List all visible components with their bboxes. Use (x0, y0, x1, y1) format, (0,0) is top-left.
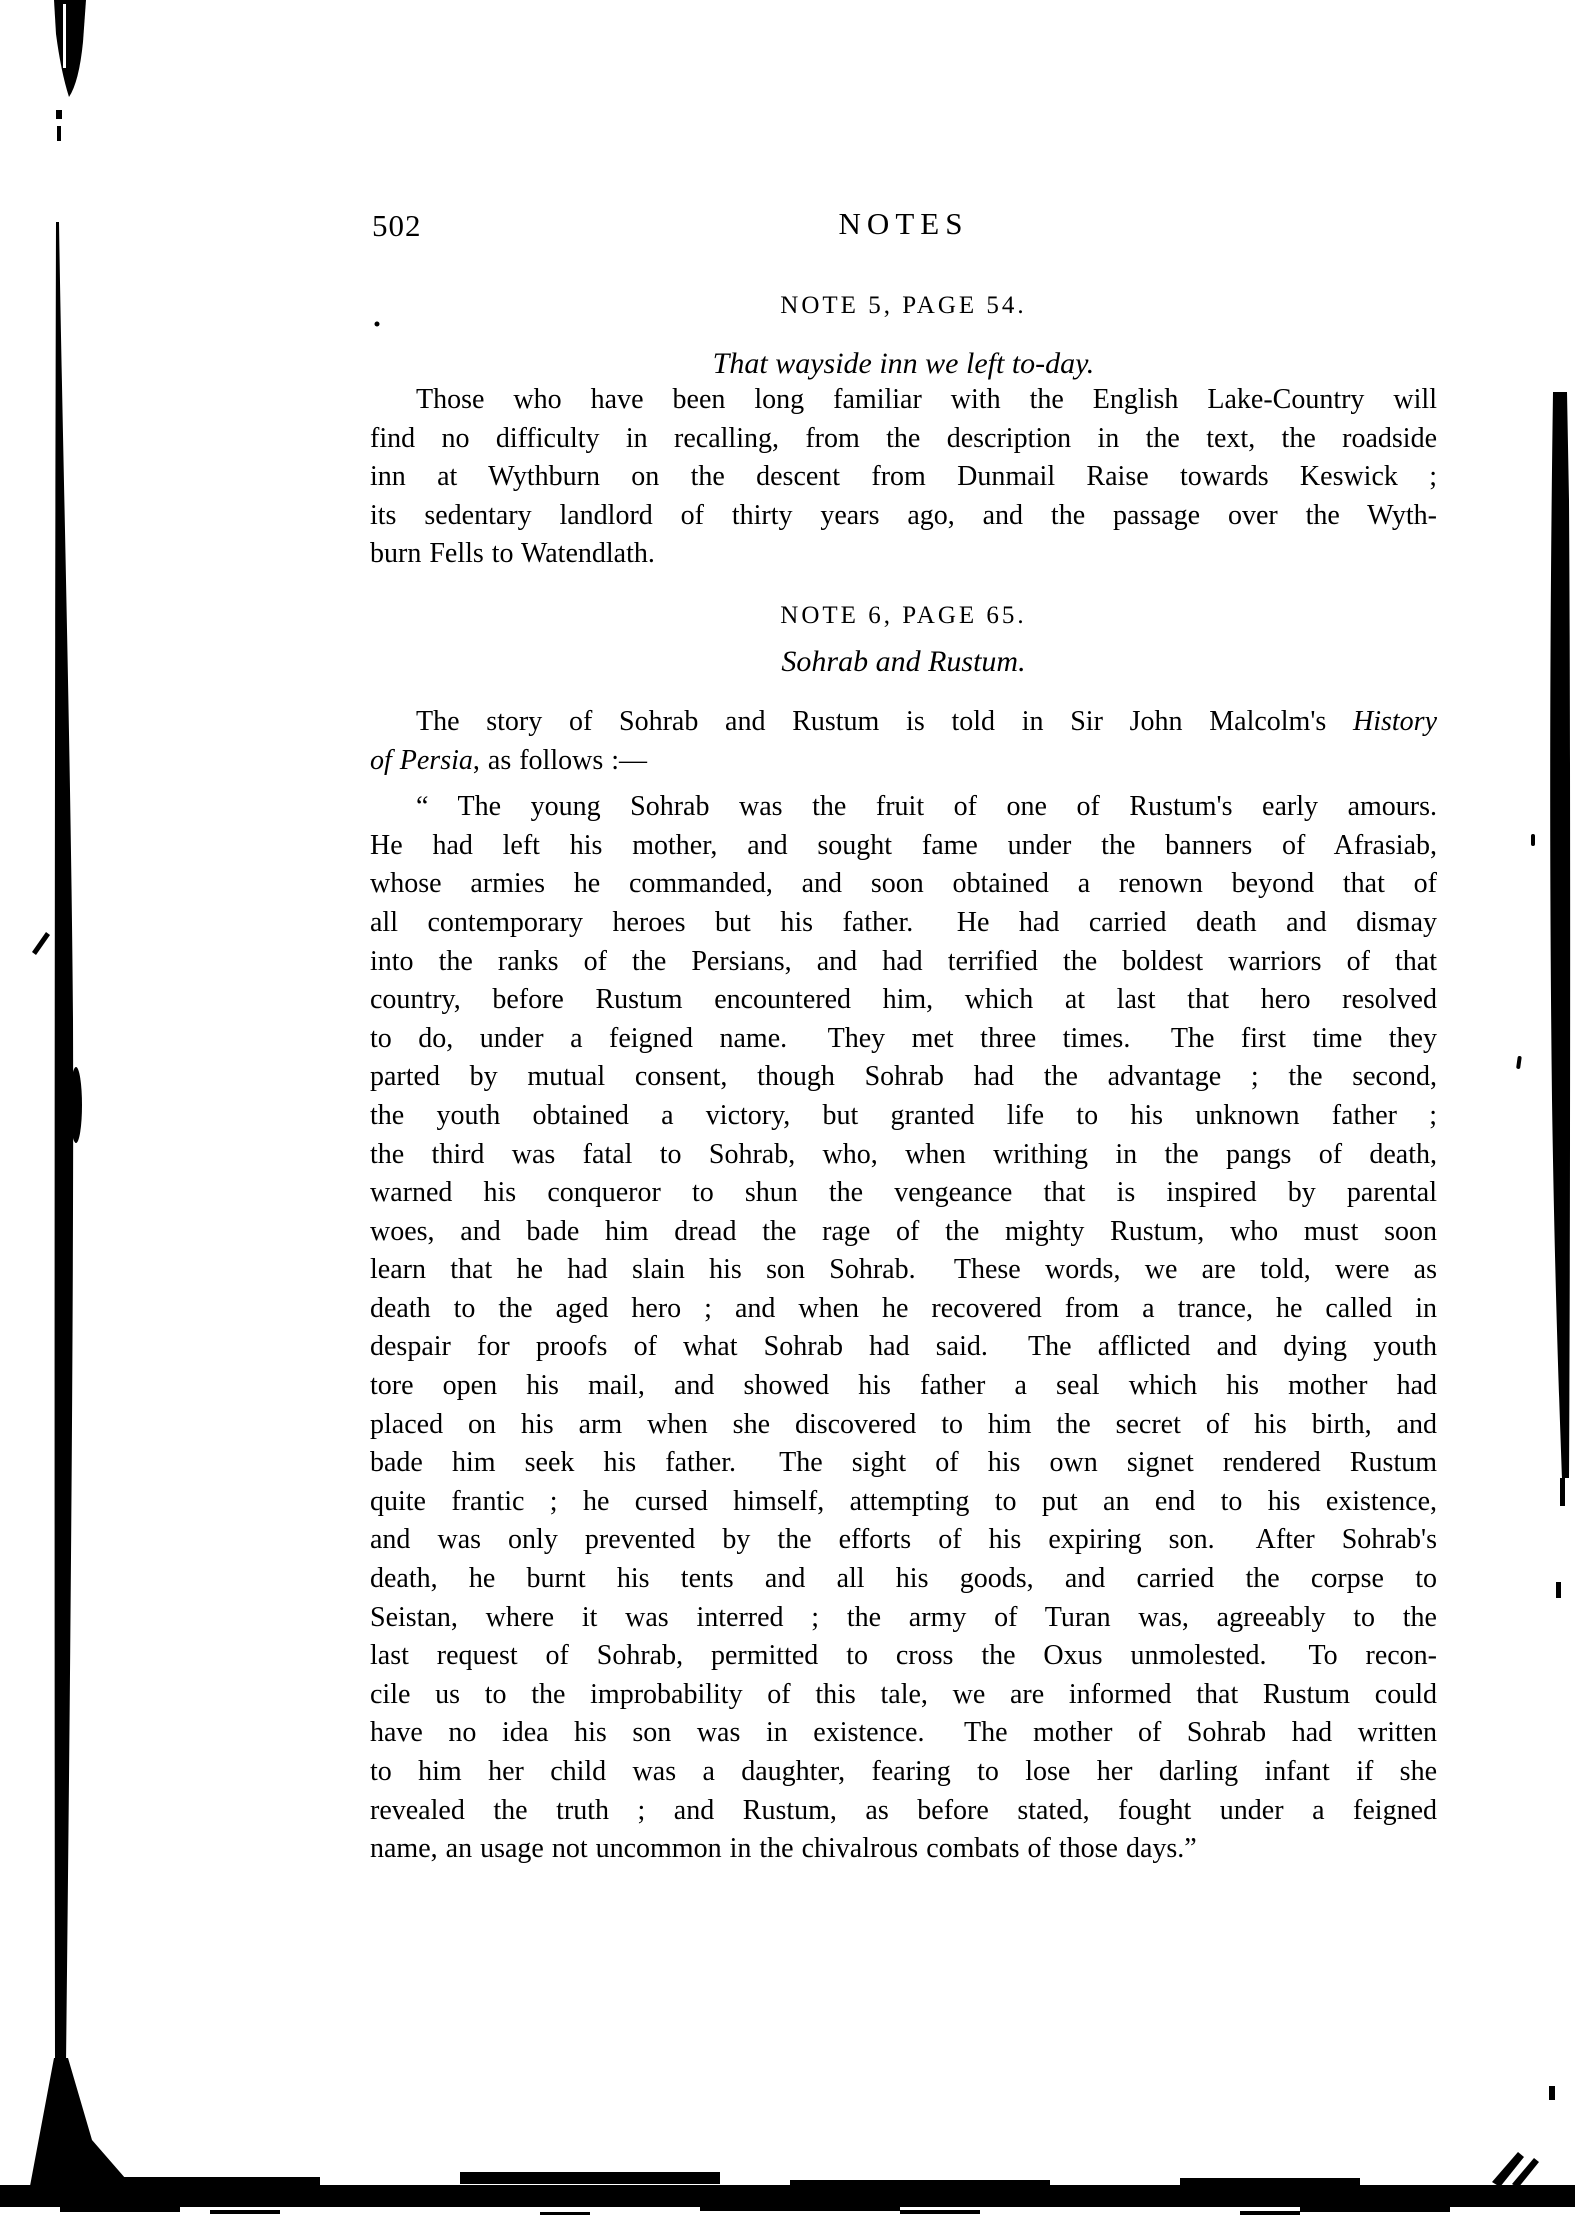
note-epigraph: That wayside inn we left to-day. (370, 346, 1437, 381)
text-line: parted by mutual consent, though Sohrab … (370, 1058, 1437, 1097)
text-line: The story of Sohrab and Rustum is told i… (370, 703, 1437, 742)
text-line: despair for proofs of what Sohrab had sa… (370, 1328, 1437, 1367)
paragraph: Those who have been long familiar with t… (370, 381, 1437, 574)
page-edge-right (1516, 392, 1570, 2100)
text-line: “ The young Sohrab was the fruit of one … (370, 788, 1437, 827)
page-edge-left (32, 222, 82, 2064)
text-line: He had left his mother, and sought fame … (370, 827, 1437, 866)
note-block: NOTE 6, PAGE 65.Sohrab and Rustum.The st… (370, 602, 1437, 1869)
note-epigraph: Sohrab and Rustum. (370, 644, 1437, 679)
text-line: Seistan, where it was interred ; the arm… (370, 1599, 1437, 1638)
text-line: into the ranks of the Persians, and had … (370, 943, 1437, 982)
note-block: NOTE 5, PAGE 54.That wayside inn we left… (370, 292, 1437, 574)
text-line: warned his conqueror to shun the vengean… (370, 1174, 1437, 1213)
text-line: death, he burnt his tents and all his go… (370, 1560, 1437, 1599)
text-line: find no difficulty in recalling, from th… (370, 420, 1437, 459)
text-line: whose armies he commanded, and soon obta… (370, 865, 1437, 904)
text-line: and was only prevented by the efforts of… (370, 1521, 1437, 1560)
text-line: last request of Sohrab, permitted to cro… (370, 1637, 1437, 1676)
text-line: to him her child was a daughter, fearing… (370, 1753, 1437, 1792)
text-line: Those who have been long familiar with t… (370, 381, 1437, 420)
text-line: have no idea his son was in existence. T… (370, 1714, 1437, 1753)
notes-section: NOTE 5, PAGE 54.That wayside inn we left… (370, 292, 1437, 1869)
text-line: revealed the truth ; and Rustum, as befo… (370, 1792, 1437, 1831)
text-line: learn that he had slain his son Sohrab. … (370, 1251, 1437, 1290)
scan-bar-bottom (0, 2058, 1575, 2215)
running-head: NOTES (370, 206, 1437, 242)
text-line: woes, and bade him dread the rage of the… (370, 1213, 1437, 1252)
text-line: to do, under a feigned name. They met th… (370, 1020, 1437, 1059)
text-line: all contemporary heroes but his father. … (370, 904, 1437, 943)
text-line: inn at Wythburn on the descent from Dunm… (370, 458, 1437, 497)
text-line: cile us to the improbability of this tal… (370, 1676, 1437, 1715)
text-line: name, an usage not uncommon in the chiva… (370, 1830, 1437, 1869)
text-line: bade him seek his father. The sight of h… (370, 1444, 1437, 1483)
text-line: burn Fells to Watendlath. (370, 535, 1437, 574)
paragraph: “ The young Sohrab was the fruit of one … (370, 788, 1437, 1869)
text-line: the youth obtained a victory, but grante… (370, 1097, 1437, 1136)
binding-mark-top-left (54, 0, 86, 141)
text-line: its sedentary landlord of thirty years a… (370, 497, 1437, 536)
text-line: country, before Rustum encountered him, … (370, 981, 1437, 1020)
paragraph: The story of Sohrab and Rustum is told i… (370, 703, 1437, 780)
book-page: 502 NOTES NOTE 5, PAGE 54.That wayside i… (370, 0, 1437, 1869)
note-heading: NOTE 6, PAGE 65. (370, 602, 1437, 630)
text-line: the third was fatal to Sohrab, who, when… (370, 1136, 1437, 1175)
text-line: quite frantic ; he cursed himself, attem… (370, 1483, 1437, 1522)
text-line: death to the aged hero ; and when he rec… (370, 1290, 1437, 1329)
page-number: 502 (372, 208, 422, 244)
page-header: 502 NOTES (370, 206, 1437, 246)
text-line: tore open his mail, and showed his fathe… (370, 1367, 1437, 1406)
note-heading: NOTE 5, PAGE 54. (370, 292, 1437, 320)
text-line: of Persia, as follows :— (370, 742, 1437, 781)
text-line: placed on his arm when she discovered to… (370, 1406, 1437, 1445)
